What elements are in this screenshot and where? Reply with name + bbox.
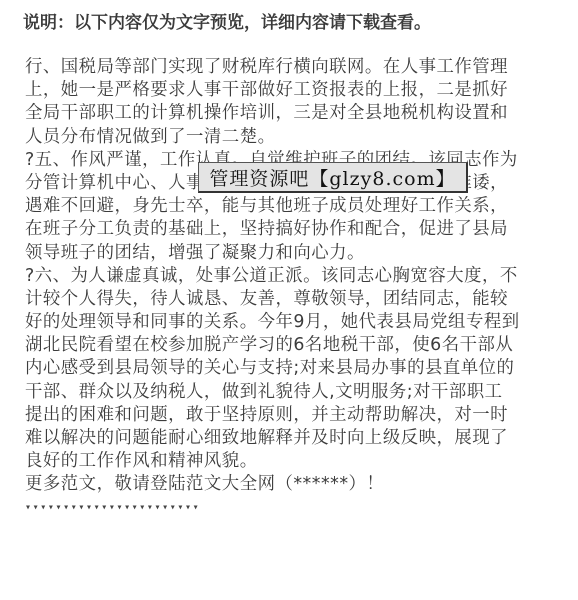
dotted-separator: ▾▾▾▾▾▾▾▾▾▾▾▾▾▾▾▾▾▾▾▾▾▾▾ [25, 499, 545, 517]
preview-notice: 说明：以下内容仅为文字预览，详细内容请下载查看。 [23, 12, 431, 34]
document-body: 行、国税局等部门实现了财税库行横向联网。在人事工作管理 上，她一是严格要求人事干… [25, 56, 545, 517]
body-line: 内心感受到县局领导的关心与支持;对来县局办事的县直单位的 [25, 357, 545, 380]
body-line: 在班子分工负责的基础上，坚持搞好协作和配合，促进了县局 [25, 218, 545, 241]
more-articles-line: 更多范文，敬请登陆范文大全网（******）！ [25, 473, 545, 496]
body-line: 计较个人得失，待人诚恳、友善，尊敬领导，团结同志，能较 [25, 288, 545, 311]
body-line: 干部、群众以及纳税人，做到礼貌待人,文明服务;对干部职工 [25, 381, 545, 404]
body-line: 上，她一是严格要求人事干部做好工资报表的上报，二是抓好 [25, 79, 545, 102]
body-line: 遇难不回避，身先士卒，能与其他班子成员处理好工作关系， [25, 195, 545, 218]
body-line: 好的处理领导和同事的关系。今年9月，她代表县局党组专程到 [25, 311, 545, 334]
body-line: 人员分布情况做到了一清二楚。 [25, 126, 545, 149]
body-line: 行、国税局等部门实现了财税库行横向联网。在人事工作管理 [25, 56, 545, 79]
body-line: 提出的困难和问题，敢于坚持原则，并主动帮助解决，对一时 [25, 404, 545, 427]
body-line: 湖北民院看望在校参加脱产学习的6名地税干部，使6名干部从 [25, 334, 545, 357]
watermark-banner: 管理资源吧【glzy8.com】 [198, 162, 468, 193]
body-line: 难以解决的问题能耐心细致地解释并及时向上级反映，展现了 [25, 427, 545, 450]
body-line: ?六、为人谦虚真诚，处事公道正派。该同志心胸宽容大度，不 [25, 265, 545, 288]
body-line: 良好的工作作风和精神风貌。 [25, 450, 545, 473]
body-line: 全局干部职工的计算机操作培训，三是对全县地税机构设置和 [25, 102, 545, 125]
body-line: 领导班子的团结，增强了凝聚力和向心力。 [25, 242, 545, 265]
